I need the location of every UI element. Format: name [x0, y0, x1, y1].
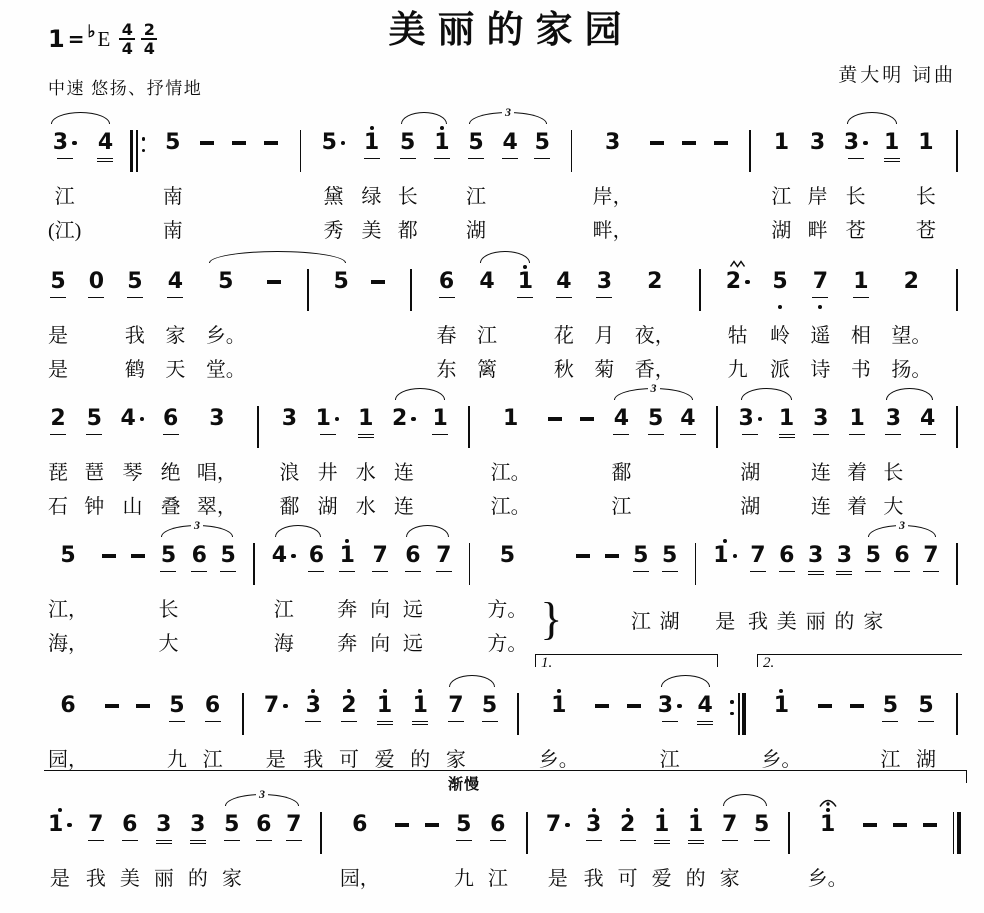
note-digit: 3: [808, 543, 823, 569]
augmentation-dot: [140, 417, 145, 422]
above-note-zone: [557, 673, 561, 693]
note: 7是: [546, 792, 570, 888]
note-digit: 7: [923, 543, 938, 569]
lyric-verse1: 乡。: [761, 735, 801, 769]
barline-single: [952, 673, 962, 769]
duration-underline: [160, 571, 176, 573]
lyric-merged: 江: [631, 585, 651, 653]
lyric-verse1: 乡。: [539, 735, 579, 769]
note-digit: 0: [89, 269, 104, 295]
digit-zone: 1: [339, 543, 355, 569]
lyric-merged: 家: [863, 585, 883, 653]
note-digit: 1: [434, 130, 449, 156]
underline-zone: [633, 569, 649, 578]
duration-dash-column: [626, 673, 642, 769]
duration-dash: [425, 823, 439, 826]
digit-zone: 7: [546, 812, 570, 838]
digit-zone: 5: [772, 269, 788, 295]
note: 3的: [836, 523, 852, 653]
thin-barline-stroke: [136, 130, 138, 172]
lyric-verse2: 方。: [487, 619, 527, 653]
duration-underline: [918, 721, 934, 723]
note-digit: 3: [156, 812, 171, 838]
repeat-dot: [142, 149, 146, 153]
duration-underline: [662, 571, 678, 573]
note: 5黛秀: [322, 110, 346, 240]
underline-zone: [86, 432, 102, 441]
duration-dash-column: [892, 792, 908, 888]
composer-credit: 黄大明 词曲: [838, 60, 956, 87]
note: 4鄱江: [611, 386, 631, 516]
underline-zone: [849, 432, 865, 441]
duration-dash-column: [547, 386, 563, 516]
above-note-zone: [347, 673, 351, 693]
lyric-verse2: 鄱: [279, 482, 299, 516]
note-digit: 1: [820, 812, 835, 838]
note-digit: 1: [774, 130, 789, 156]
note: 5长大: [158, 523, 178, 653]
duration-underline: [662, 721, 678, 723]
lyric-verse1: 是: [548, 854, 568, 888]
note: 1: [434, 110, 450, 240]
digit-zone: 1: [773, 130, 789, 156]
lyric-verse1: 湖: [740, 448, 760, 482]
lyric-verse1: 家: [222, 854, 242, 888]
music-system: 6园，5九6江7是3我2可1爱1的7家51乡。3江41乡。5江5湖1.2.: [46, 653, 964, 769]
digit-zone: 4: [556, 269, 572, 295]
note: 4琴山: [121, 386, 145, 516]
note-row: 2琵石5琶钟4琴山6绝叠3唱，翠，3浪鄱1井湖1水水2连连11江。江。4鄱江54…: [46, 386, 964, 516]
lyric-verse2: 大: [158, 619, 178, 653]
underline-zone: [163, 432, 179, 441]
underline-zone: [534, 156, 550, 165]
digit-zone: 5: [400, 130, 416, 156]
note-digit: 4: [698, 693, 713, 719]
duration-underline: [697, 724, 713, 726]
duration-dash: [232, 141, 246, 144]
underline-zone: [502, 156, 518, 165]
thin-barline-stroke: [716, 406, 718, 448]
duration-dash-column: [199, 110, 215, 240]
barline-single: [690, 523, 700, 653]
duration-underline: [358, 434, 374, 436]
lyric-verse1: 望。: [891, 311, 931, 345]
barline-single: [566, 110, 576, 240]
digit-zone: 2: [726, 269, 750, 295]
digit-zone: [713, 130, 729, 156]
digit-zone: 1: [654, 812, 670, 838]
augmentation-dot: [677, 704, 682, 709]
lyric-verse2: 湖: [466, 206, 486, 240]
note: 1的: [410, 673, 430, 769]
duration-underline: [885, 434, 901, 436]
tempo-marking: 中速 悠扬、抒情地: [48, 74, 202, 99]
note: 3岸畔: [808, 110, 828, 240]
barline-single: [784, 792, 794, 888]
lyric-verse1: 长: [158, 585, 178, 619]
barline-single: [522, 792, 532, 888]
underline-zone: [586, 838, 602, 847]
duration-underline: [894, 571, 910, 573]
augmentation-dot: [67, 823, 72, 828]
duration-dash: [818, 704, 832, 707]
lyric-verse1: 九: [454, 854, 474, 888]
thin-barline-stroke: [956, 543, 958, 585]
note-digit: 4: [121, 406, 136, 432]
note: 2夜，香，: [635, 249, 675, 379]
barline: [716, 406, 718, 448]
thin-barline-stroke: [956, 406, 958, 448]
barline: [699, 269, 701, 311]
underline-zone: [556, 295, 572, 304]
lyric-verse1: 江: [466, 172, 486, 206]
lyric-verse1: 江，: [48, 585, 88, 619]
digit-zone: 4: [613, 406, 629, 432]
digit-zone: 5: [499, 543, 515, 569]
note-digit: 7: [88, 812, 103, 838]
lyric-verse1: 是: [50, 854, 70, 888]
note: 1相书: [851, 249, 871, 379]
note: 7向向: [370, 523, 390, 653]
note: 3长大: [883, 386, 903, 516]
note: 5: [482, 673, 498, 769]
barline-single: [465, 523, 475, 653]
duration-underline: [779, 437, 795, 439]
digit-zone: 3: [885, 406, 901, 432]
digit-zone: [892, 812, 908, 838]
duration-underline: [57, 158, 73, 160]
duration-underline: [688, 843, 704, 845]
digit-zone: 1: [316, 406, 340, 432]
note: 5是是: [48, 249, 68, 379]
digit-zone: [862, 812, 878, 838]
digit-zone: 1: [918, 130, 934, 156]
underline-zone: [308, 569, 324, 578]
underline-zone: [813, 432, 829, 441]
duration-dash-column: [579, 386, 595, 516]
note: 1长苍: [916, 110, 936, 240]
systems: 3江(江)45南南5黛秀1绿美5长都15江湖453岸，畔，1江湖3岸畔3长苍11…: [46, 110, 964, 888]
underline-zone: [613, 432, 629, 441]
digit-zone: 2: [620, 812, 636, 838]
digit-zone: 1: [503, 406, 519, 432]
note: 7: [923, 523, 939, 653]
augmentation-dot: [335, 417, 340, 422]
note-digit: 6: [439, 269, 454, 295]
duration-underline: [613, 434, 629, 436]
duration-dash: [548, 417, 562, 420]
note: 5江: [633, 523, 649, 653]
duration-underline: [156, 843, 172, 845]
digit-zone: 5: [754, 812, 770, 838]
repeat-dots: [142, 130, 146, 172]
digit-zone: [579, 406, 595, 432]
note: 1江湖: [771, 110, 791, 240]
note: 3我: [303, 673, 323, 769]
duration-underline: [191, 571, 207, 573]
duration-underline: [502, 158, 518, 160]
underline-zone: [885, 432, 901, 441]
mordent-icon: [729, 260, 746, 268]
digit-zone: [394, 812, 410, 838]
note: 5: [333, 249, 349, 379]
digit-zone: 5: [482, 693, 498, 719]
thin-barline-stroke: [695, 543, 697, 585]
digit-zone: 6: [352, 812, 368, 838]
underline-zone: [372, 569, 388, 578]
thin-barline-stroke: [788, 812, 790, 854]
duration-underline: [305, 721, 321, 723]
note: 5南南: [163, 110, 183, 240]
note: 3湖湖: [738, 386, 762, 516]
digit-zone: [266, 269, 282, 295]
duration-dash: [650, 141, 664, 144]
underline-zone: [432, 432, 448, 441]
underline-zone: [122, 838, 138, 847]
note-digit: 6: [192, 543, 207, 569]
lyric-verse2: 翠，: [197, 482, 237, 516]
note: 7: [286, 792, 302, 888]
note: 2牯九: [726, 249, 750, 379]
note-row: 1是7我6美3丽3的5家676园，5九6江7是3我2可1爱1的7家51乡。3渐慢: [46, 769, 964, 888]
underline-zone: [439, 295, 455, 304]
digit-zone: 6: [308, 543, 324, 569]
lyric-verse1: 湖: [916, 735, 936, 769]
digit-zone: [231, 130, 247, 156]
barline: [956, 543, 958, 585]
underline-zone: [812, 295, 828, 304]
note-digit: 5: [218, 269, 233, 295]
above-note-zone: [694, 792, 698, 812]
underline-zone: [779, 569, 795, 578]
note: 5湖: [916, 673, 936, 769]
lyric-verse1: 我: [86, 854, 106, 888]
note-digit: 7: [436, 543, 451, 569]
duration-underline: [308, 571, 324, 573]
duration-underline: [754, 840, 770, 842]
duration-underline: [865, 571, 881, 573]
underline-zone: [88, 838, 104, 847]
lyric-verse1: 江: [771, 172, 791, 206]
digit-zone: 3: [836, 543, 852, 569]
note: 6美: [120, 792, 140, 888]
note-digit: 2: [341, 693, 356, 719]
note: 6: [256, 792, 272, 888]
barline-final: [952, 792, 962, 888]
lyric-verse1: 的: [188, 854, 208, 888]
duration-dash: [580, 417, 594, 420]
lyric-verse2: 江: [611, 482, 631, 516]
digit-zone: 5: [50, 269, 66, 295]
note-digit: 1: [503, 406, 518, 432]
note: 5长都: [398, 110, 418, 240]
duration-underline: [167, 297, 183, 299]
note-digit: 5: [127, 269, 142, 295]
digit-zone: 6: [405, 543, 421, 569]
digit-zone: 3: [738, 406, 762, 432]
note-digit: 5: [161, 543, 176, 569]
underline-zone: [436, 569, 452, 578]
note: 5乡。堂。: [206, 249, 246, 379]
note: 3浪鄱: [279, 386, 299, 516]
note: 2望。扬。: [891, 249, 931, 379]
digit-zone: 0: [88, 269, 104, 295]
duration-dash: [200, 141, 214, 144]
digit-zone: 3: [658, 693, 682, 719]
note-digit: 7: [286, 812, 301, 838]
note-digit: 5: [633, 543, 648, 569]
thin-barline-stroke: [699, 269, 701, 311]
underline-zone: [190, 838, 206, 847]
thin-barline-stroke: [410, 269, 412, 311]
lyric-verse1: 的: [686, 854, 706, 888]
note-digit: 4: [479, 269, 494, 295]
volta-label: 2.: [763, 656, 774, 671]
note-digit: 1: [688, 812, 703, 838]
note: 4: [697, 673, 713, 769]
lyric-verse1: 可: [339, 735, 359, 769]
lyric-verse1: 岭: [770, 311, 790, 345]
barline: [956, 269, 958, 311]
note-digit: 3: [209, 406, 224, 432]
thin-barline-stroke: [300, 130, 302, 172]
duration-dash-column: [424, 792, 440, 888]
thin-barline-stroke: [738, 693, 740, 735]
lyric-verse1: 方。: [487, 585, 527, 619]
digit-zone: 7: [264, 693, 288, 719]
digit-zone: 7: [750, 543, 766, 569]
note-digit: 5: [224, 812, 239, 838]
underline-zone: [167, 295, 183, 304]
augmentation-dot: [341, 141, 346, 146]
underline-zone: [412, 719, 428, 728]
sheet-music-page: 1=♭E 4 4 2 4 美丽的家园 中速 悠扬、抒情地 黄大明 词曲 3江(江…: [0, 0, 984, 913]
duration-underline: [750, 571, 766, 573]
digit-zone: 3: [808, 543, 824, 569]
note: 4家天: [165, 249, 185, 379]
duration-dash-column: [594, 673, 610, 769]
note-row: 5江，海，5长大654江海61奔奔7向向6远远75方。方。}5江5湖1是7我6美…: [46, 523, 964, 653]
note-digit: 6: [309, 543, 324, 569]
note-digit: 3: [658, 693, 673, 719]
duration-underline: [97, 158, 113, 160]
lyric-verse2: 苍: [846, 206, 866, 240]
note-digit: 5: [648, 406, 663, 432]
note: 3的: [188, 792, 208, 888]
volta-bracket: 2.: [757, 654, 962, 667]
note: 3丽: [154, 792, 174, 888]
underline-zone: [853, 295, 869, 304]
duration-underline: [680, 434, 696, 436]
lyric-verse2: 南: [163, 206, 183, 240]
note: 5我鹤: [125, 249, 145, 379]
note-digit: 3: [844, 130, 859, 156]
note-digit: 4: [503, 130, 518, 156]
duration-underline: [434, 158, 450, 160]
digit-zone: 5: [865, 543, 881, 569]
note-digit: 1: [316, 406, 331, 432]
duration-underline: [364, 158, 380, 160]
note: 3我: [584, 792, 604, 888]
lyric-verse1: 江: [880, 735, 900, 769]
lyric-verse1: 我: [303, 735, 323, 769]
lyric-verse1: 牯: [728, 311, 748, 345]
digit-zone: 7: [722, 812, 738, 838]
barline: [956, 130, 958, 172]
note-digit: 4: [556, 269, 571, 295]
lyric-verse1: 乡。: [808, 854, 848, 888]
digit-zone: [626, 693, 642, 719]
digit-zone: 3: [209, 406, 225, 432]
note: 1爱: [652, 792, 672, 888]
duration-dash-column: [649, 110, 665, 240]
underline-zone: [456, 838, 472, 847]
augmentation-dot: [72, 141, 77, 146]
note-digit: 5: [468, 130, 483, 156]
duration-dash: [893, 823, 907, 826]
music-system: 1是7我6美3丽3的5家676园，5九6江7是3我2可1爱1的7家51乡。3渐慢: [46, 769, 964, 888]
barline: [729, 693, 746, 735]
barline-single: [303, 249, 313, 379]
note-digit: 5: [535, 130, 550, 156]
note: 5方。方。: [487, 523, 527, 653]
digit-zone: 2: [392, 406, 416, 432]
repeat-dots: [730, 693, 734, 735]
note: 6园，: [340, 792, 380, 888]
lyric-verse1: 鄱: [611, 448, 631, 482]
duration-underline: [339, 571, 355, 573]
lyric-verse1: 井: [318, 448, 338, 482]
underline-zone: [882, 719, 898, 728]
lyric-verse1: 家: [446, 735, 466, 769]
digit-zone: 1: [853, 269, 869, 295]
note-digit: 5: [400, 130, 415, 156]
duration-underline: [923, 571, 939, 573]
duration-underline: [439, 297, 455, 299]
note: 3江: [658, 673, 682, 769]
underline-zone: [205, 719, 221, 728]
underline-zone: [434, 156, 450, 165]
lyric-verse1: 连: [394, 448, 414, 482]
barline-single: [952, 249, 962, 379]
duration-underline: [654, 840, 670, 842]
underline-zone: [865, 569, 881, 578]
barline-single: [295, 110, 305, 240]
lyric-verse1: 绿: [362, 172, 382, 206]
lyric-verse2: 美: [362, 206, 382, 240]
lyric-verse1: 浪: [279, 448, 299, 482]
lyric-verse2: 诗: [810, 345, 830, 379]
lyric-verse1: 连: [811, 448, 831, 482]
digit-zone: [199, 130, 215, 156]
note-digit: 5: [482, 693, 497, 719]
note: 1江。江。: [491, 386, 531, 516]
barline-open: [130, 110, 147, 240]
barline: [320, 812, 322, 854]
underline-zone: [482, 719, 498, 728]
note-digit: 1: [413, 693, 428, 719]
duration-dash: [923, 823, 937, 826]
duration-underline: [224, 840, 240, 842]
digit-zone: 5: [882, 693, 898, 719]
underline-zone: [884, 156, 900, 165]
note-digit: 3: [190, 812, 205, 838]
note: 1乡。: [761, 673, 801, 769]
verse-brace-glyph: }: [540, 585, 562, 653]
note-digit: 2: [647, 269, 662, 295]
thin-barline-stroke: [571, 130, 573, 172]
digit-zone: [424, 812, 440, 838]
